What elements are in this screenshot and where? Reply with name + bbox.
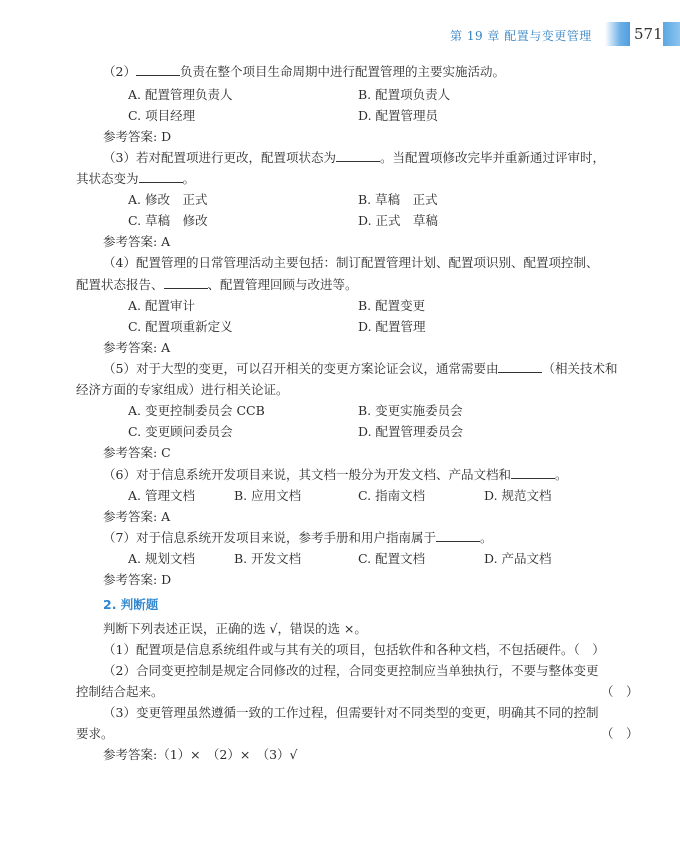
- option-c: C. 配置文档: [358, 549, 425, 567]
- stem-text: 。: [480, 530, 493, 545]
- option-b: B. 开发文档: [234, 549, 301, 567]
- answer-blank: [136, 63, 180, 76]
- question-3-stem-line1: （3）若对配置项进行更改，配置项状态为。当配置项修改完毕并重新通过评审时，: [103, 148, 605, 166]
- option-c: C. 草稿 修改: [128, 211, 208, 229]
- question-4-stem-line1: （4）配置管理的日常管理活动主要包括：制订配置管理计划、配置项识别、配置项控制、: [103, 253, 598, 271]
- option-a: A. 规划文档: [128, 549, 195, 567]
- chapter-title: 第 19 章 配置与变更管理: [450, 27, 592, 44]
- section-instruction: 判断下列表述正误，正确的选 √，错误的选 ×。: [103, 619, 367, 637]
- stem-text: （7）对于信息系统开发项目来说，参考手册和用户指南属于: [103, 530, 436, 545]
- question-3-stem-line2: 其状态变为。: [76, 169, 195, 187]
- answer-blank: [139, 170, 183, 183]
- option-a: A. 配置审计: [128, 296, 195, 314]
- option-c: C. 项目经理: [128, 106, 195, 124]
- answer-parentheses: （ ）: [601, 724, 639, 742]
- judgement-item-1: （1）配置项是信息系统组件或与其有关的项目，包括软件和各种文档，不包括硬件。（ …: [103, 640, 605, 658]
- header-gradient-bar: [605, 22, 630, 46]
- answer-text: 参考答案: D: [103, 570, 171, 588]
- question-number: （2）: [103, 64, 136, 79]
- answer-blank: [498, 360, 542, 373]
- answer-blank: [164, 276, 208, 289]
- judgement-item-3-line2: 要求。: [76, 724, 114, 742]
- option-a: A. 管理文档: [128, 486, 195, 504]
- option-d: D. 配置管理委员会: [358, 422, 463, 440]
- stem-text: （相关技术和: [542, 361, 617, 376]
- question-6-stem: （6）对于信息系统开发项目来说，其文档一般分为开发文档、产品文档和。: [103, 465, 567, 483]
- answer-text: 参考答案: C: [103, 443, 171, 461]
- section-heading: 2. 判断题: [103, 595, 158, 613]
- question-5-stem-line2: 经济方面的专家组成）进行相关论证。: [76, 380, 289, 398]
- option-b: B. 草稿 正式: [358, 190, 438, 208]
- option-c: C. 变更顾问委员会: [128, 422, 233, 440]
- judgement-item-3-line1: （3）变更管理虽然遵循一致的工作过程，但需要针对不同类型的变更，明确其不同的控制: [103, 703, 598, 721]
- answer-text: 参考答案: A: [103, 232, 170, 250]
- answer-text: 参考答案: A: [103, 507, 170, 525]
- page-number: 571: [634, 25, 663, 43]
- stem-text: 。: [183, 171, 196, 186]
- answer-text: 参考答案:（1）× （2）× （3）√: [103, 745, 297, 763]
- answer-blank: [336, 149, 380, 162]
- answer-parentheses: （ ）: [601, 682, 639, 700]
- stem-text: （5）对于大型的变更，可以召开相关的变更方案论证会议，通常需要由: [103, 361, 498, 376]
- header-gradient-tab: [663, 22, 680, 46]
- question-5-stem-line1: （5）对于大型的变更，可以召开相关的变更方案论证会议，通常需要由（相关技术和: [103, 359, 617, 377]
- judgement-item-2-line2: 控制结合起来。: [76, 682, 164, 700]
- option-b: B. 应用文档: [234, 486, 301, 504]
- option-a: A. 配置管理负责人: [128, 85, 232, 103]
- stem-text: 配置状态报告、: [76, 277, 164, 292]
- option-d: D. 配置管理员: [358, 106, 438, 124]
- answer-text: 参考答案: D: [103, 127, 171, 145]
- option-d: D. 产品文档: [484, 549, 552, 567]
- question-4-stem-line2: 配置状态报告、、配置管理回顾与改进等。: [76, 275, 358, 293]
- answer-blank: [436, 529, 480, 542]
- option-d: D. 规范文档: [484, 486, 552, 504]
- option-a: A. 变更控制委员会 CCB: [128, 401, 265, 419]
- question-7-stem: （7）对于信息系统开发项目来说，参考手册和用户指南属于。: [103, 528, 492, 546]
- stem-text: （3）若对配置项进行更改，配置项状态为: [103, 150, 336, 165]
- judgement-item-2-line1: （2）合同变更控制是规定合同修改的过程，合同变更控制应当单独执行，不要与整体变更: [103, 661, 598, 679]
- answer-blank: [511, 466, 555, 479]
- option-a: A. 修改 正式: [128, 190, 207, 208]
- option-b: B. 变更实施委员会: [358, 401, 463, 419]
- stem-text: 其状态变为: [76, 171, 139, 186]
- stem-text: 负责在整个项目生命周期中进行配置管理的主要实施活动。: [180, 64, 505, 79]
- option-b: B. 配置变更: [358, 296, 425, 314]
- page-header: 第 19 章 配置与变更管理 571: [0, 22, 680, 48]
- question-2-stem: （2）负责在整个项目生命周期中进行配置管理的主要实施活动。: [103, 62, 505, 80]
- option-d: D. 配置管理: [358, 317, 426, 335]
- stem-text: 、配置管理回顾与改进等。: [208, 277, 358, 292]
- stem-text: 。: [555, 467, 568, 482]
- option-c: C. 配置项重新定义: [128, 317, 233, 335]
- stem-text: （6）对于信息系统开发项目来说，其文档一般分为开发文档、产品文档和: [103, 467, 511, 482]
- answer-text: 参考答案: A: [103, 338, 170, 356]
- option-b: B. 配置项负责人: [358, 85, 450, 103]
- option-c: C. 指南文档: [358, 486, 425, 504]
- stem-text: 。当配置项修改完毕并重新通过评审时，: [380, 150, 605, 165]
- option-d: D. 正式 草稿: [358, 211, 438, 229]
